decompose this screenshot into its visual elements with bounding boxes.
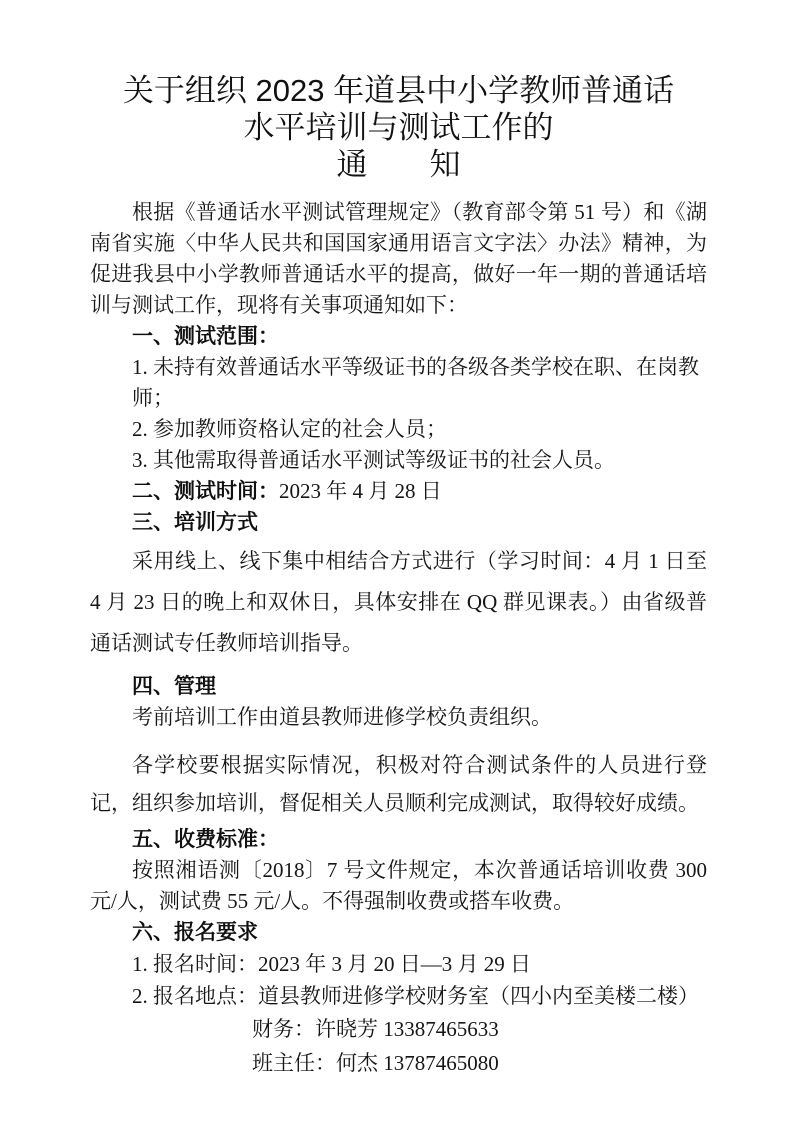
training-method-paragraph: 采用线上、线下集中相结合方式进行（学习时间：4 月 1 日至 4 月 23 日的… xyxy=(90,541,707,664)
section6-heading: 六、报名要求 xyxy=(132,921,258,944)
title-line-2: 水平培训与测试工作的 xyxy=(90,109,707,146)
test-scope-item-1: 1. 未持有效普通话水平等级证书的各级各类学校在职、在岗教师； xyxy=(132,352,707,414)
section2-heading-line: 二、测试时间：2023 年 4 月 28 日 xyxy=(132,476,707,507)
test-scope-item-2: 2. 参加教师资格认定的社会人员； xyxy=(132,414,707,445)
document-page: 关于组织 2023 年道县中小学教师普通话 水平培训与测试工作的 通 知 根据《… xyxy=(0,0,793,1122)
section4-heading: 四、管理 xyxy=(132,675,216,698)
section1-heading-line: 一、测试范围： xyxy=(132,321,707,352)
test-date-value: 2023 年 4 月 28 日 xyxy=(279,479,442,503)
title-line-3: 通 知 xyxy=(90,146,707,183)
test-scope-item-3: 3. 其他需取得普通话水平测试等级证书的社会人员。 xyxy=(132,445,707,476)
fee-paragraph: 按照湘语测〔2018〕7 号文件规定，本次普通话培训收费 300 元/人，测试费… xyxy=(90,855,707,917)
section2-heading: 二、测试时间： xyxy=(132,480,279,503)
section5-heading: 五、收费标准： xyxy=(132,828,279,851)
section3-heading-line: 三、培训方式 xyxy=(132,507,707,538)
management-paragraph-2: 各学校要根据实际情况，积极对符合测试条件的人员进行登记，组织参加培训，督促相关人… xyxy=(90,746,707,822)
section3-heading: 三、培训方式 xyxy=(132,511,258,534)
finance-contact-line: 财务：许晓芳 13387465633 xyxy=(252,1012,707,1046)
registration-time-item: 1. 报名时间：2023 年 3 月 20 日—3 月 29 日 xyxy=(132,948,707,980)
section4-heading-line: 四、管理 xyxy=(132,671,707,702)
management-paragraph-1: 考前培训工作由道县教师进修学校负责组织。 xyxy=(90,702,707,733)
section6-heading-line: 六、报名要求 xyxy=(132,917,707,948)
title-line-1: 关于组织 2023 年道县中小学教师普通话 xyxy=(90,72,707,109)
section1-heading: 一、测试范围： xyxy=(132,325,279,348)
intro-paragraph: 根据《普通话水平测试管理规定》（教育部令第 51 号）和《湖南省实施〈中华人民共… xyxy=(90,197,707,321)
section5-heading-line: 五、收费标准： xyxy=(132,824,707,855)
head-teacher-contact-line: 班主任：何杰 13787465080 xyxy=(252,1046,707,1080)
registration-place-item: 2. 报名地点：道县教师进修学校财务室（四小内至美楼二楼） xyxy=(132,980,707,1012)
document-title: 关于组织 2023 年道县中小学教师普通话 水平培训与测试工作的 通 知 xyxy=(90,72,707,183)
